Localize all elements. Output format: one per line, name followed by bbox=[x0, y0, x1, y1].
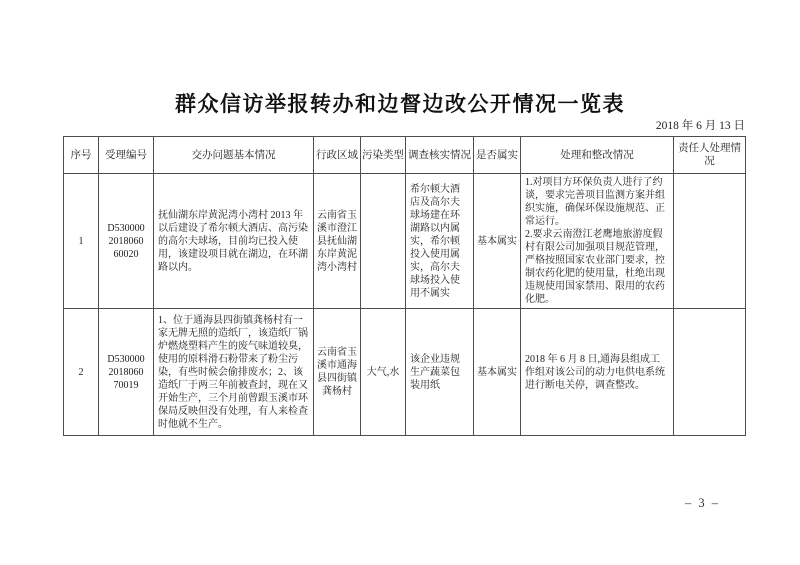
cell-handling: 1.对项目方环保负责人进行了约谈，要求完善项目监测方案并组织实施，确保环保设施规… bbox=[521, 174, 674, 309]
cell-seq: 1 bbox=[64, 174, 99, 309]
cell-verification: 希尔顿大酒店及高尔夫球场建在环湖路以内属实，希尔顿投入使用属实，高尔夫球场投入使… bbox=[406, 174, 474, 309]
col-header-region: 行政区域 bbox=[314, 137, 361, 174]
col-header-case-id: 受理编号 bbox=[99, 137, 154, 174]
cell-region: 云南省玉溪市通海县四街镇龚杨村 bbox=[314, 309, 361, 436]
cell-handling: 2018 年 6 月 8 日,通海县组成工作组对该公司的动力电供电系统进行断电关… bbox=[521, 309, 674, 436]
page-title: 群众信访举报转办和边督边改公开情况一览表 bbox=[0, 88, 800, 118]
table-header-row: 序号 受理编号 交办问题基本情况 行政区域 污染类型 调查核实情况 是否属实 处… bbox=[64, 137, 746, 174]
scanned-document-page: 群众信访举报转办和边督边改公开情况一览表 2018 年 6 月 13 日 序号 … bbox=[0, 0, 800, 565]
petition-report-table: 序号 受理编号 交办问题基本情况 行政区域 污染类型 调查核实情况 是否属实 处… bbox=[63, 136, 746, 436]
col-header-validity: 是否属实 bbox=[474, 137, 521, 174]
col-header-handling: 处理和整改情况 bbox=[521, 137, 674, 174]
cell-responsibility bbox=[674, 174, 746, 309]
cell-verification: 该企业违规生产蔬菜包装用纸 bbox=[406, 309, 474, 436]
col-header-seq: 序号 bbox=[64, 137, 99, 174]
cell-case-id: D530000 2018060 70019 bbox=[99, 309, 154, 436]
cell-validity: 基本属实 bbox=[474, 174, 521, 309]
col-header-verification: 调查核实情况 bbox=[406, 137, 474, 174]
cell-region: 云南省玉溪市澄江县抚仙湖东岸黄泥湾小湾村 bbox=[314, 174, 361, 309]
page-number: – 3 – bbox=[685, 496, 720, 511]
cell-issue: 抚仙湖东岸黄泥湾小湾村 2013 年以后建设了希尔顿大酒店、高污染的高尔夫球场，… bbox=[154, 174, 314, 309]
col-header-issue: 交办问题基本情况 bbox=[154, 137, 314, 174]
cell-issue: 1、位于通海县四街镇龚杨村有一家无牌无照的造纸厂，该造纸厂锅炉燃烧塑料产生的废气… bbox=[154, 309, 314, 436]
cell-pollution-type bbox=[361, 174, 406, 309]
cell-seq: 2 bbox=[64, 309, 99, 436]
cell-validity: 基本属实 bbox=[474, 309, 521, 436]
cell-pollution-type: 大气,水 bbox=[361, 309, 406, 436]
col-header-pollution-type: 污染类型 bbox=[361, 137, 406, 174]
cell-responsibility bbox=[674, 309, 746, 436]
cell-case-id: D530000 2018060 60020 bbox=[99, 174, 154, 309]
col-header-responsibility: 责任人处理情况 bbox=[674, 137, 746, 174]
table-row: 2 D530000 2018060 70019 1、位于通海县四街镇龚杨村有一家… bbox=[64, 309, 746, 436]
table-row: 1 D530000 2018060 60020 抚仙湖东岸黄泥湾小湾村 2013… bbox=[64, 174, 746, 309]
document-date: 2018 年 6 月 13 日 bbox=[656, 117, 745, 133]
